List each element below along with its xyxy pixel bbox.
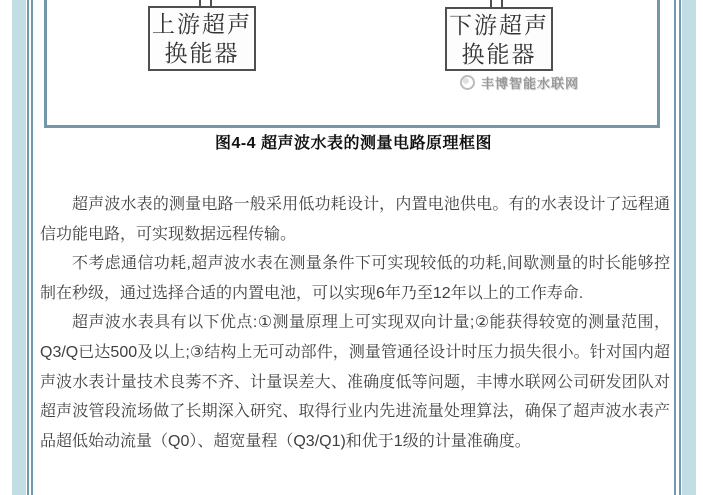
right-decor-band xyxy=(682,0,696,495)
block-diagram-figure: 上游超声 换能器 下游超声 换能器 丰博智能水联网 xyxy=(44,0,660,128)
upstream-transducer-label-line1: 上游超声 xyxy=(150,10,254,39)
downstream-transducer-box: 下游超声 换能器 xyxy=(445,7,553,71)
paragraph-3: 超声波水表具有以下优点:①测量原理上可实现双向计量;②能获得较宽的测量范围，Q3… xyxy=(40,308,670,456)
left-decor-band xyxy=(12,0,26,495)
watermark-text: 丰博智能水联网 xyxy=(481,73,579,92)
paragraph-1: 超声波水表的测量电路一般采用低功耗设计，内置电池供电。有的水表设计了远程通信功能… xyxy=(40,190,670,249)
downstream-transducer-label-line2: 换能器 xyxy=(447,40,551,69)
paragraph-2: 不考虑通信功耗,超声波水表在测量条件下可实现较低的功耗,间歇测量的时长能够控制在… xyxy=(40,249,670,308)
article-page: 上游超声 换能器 下游超声 换能器 丰博智能水联网 图4-4 超声波水表的测量电… xyxy=(0,0,703,495)
downstream-transducer-label-line1: 下游超声 xyxy=(447,11,551,40)
right-frame-line-inner xyxy=(674,0,676,495)
article-body: 超声波水表的测量电路一般采用低功耗设计，内置电池供电。有的水表设计了远程通信功能… xyxy=(40,190,670,456)
left-frame-line-inner xyxy=(31,0,33,495)
upstream-transducer-label-line2: 换能器 xyxy=(150,39,254,68)
upstream-transducer-box: 上游超声 换能器 xyxy=(148,6,256,71)
figure-caption: 图4-4 超声波水表的测量电路原理框图 xyxy=(33,130,674,153)
right-frame-line-outer xyxy=(679,0,681,495)
watermark-logo-icon xyxy=(460,75,475,90)
left-frame-line-outer xyxy=(27,0,29,495)
downstream-connector-line xyxy=(490,0,503,7)
watermark: 丰博智能水联网 xyxy=(460,73,579,92)
